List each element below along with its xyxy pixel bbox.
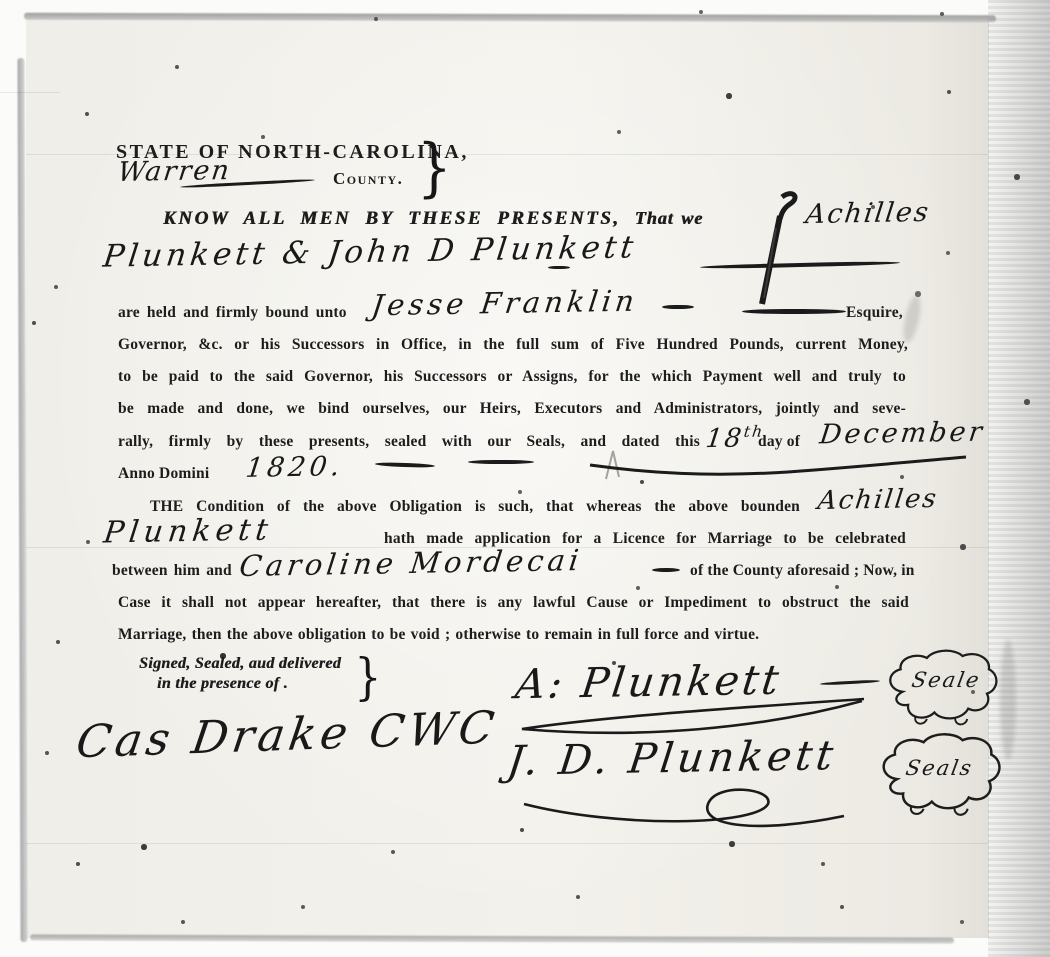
pen-dash-thick xyxy=(742,309,846,314)
esquire-label: Esquire, xyxy=(846,303,903,322)
pen-dash xyxy=(652,568,680,572)
know-all-men-text: KNOW ALL MEN BY THESE PRESENTS, xyxy=(163,208,620,229)
attest-line2: in the presence of . xyxy=(157,674,288,694)
scan-line xyxy=(0,92,60,93)
seal-1-word: Seale xyxy=(910,668,983,692)
aforesaid-line: of the County aforesaid ; Now, in xyxy=(690,561,915,580)
groom-last-name-handwritten: Plunkett xyxy=(102,513,275,551)
pen-dash xyxy=(468,460,534,464)
signature-jd-plunkett: J. D. Plunkett xyxy=(505,731,840,785)
groom-first-name-handwritten: Achilles xyxy=(816,484,940,516)
that-we-text: That we xyxy=(635,208,704,228)
anno-domini-label: Anno Domini xyxy=(118,464,209,483)
payment-line: to be paid to the said Governor, his Suc… xyxy=(118,367,906,386)
principal-name-handwritten: Achilles xyxy=(804,197,932,230)
year-handwritten: 1820. xyxy=(244,451,345,484)
scan-line xyxy=(26,843,988,844)
seal-2-word: Seals xyxy=(904,756,975,780)
header-curly-brace: } xyxy=(417,136,452,200)
opening-phrase: KNOW ALL MEN BY THESE PRESENTS, That we xyxy=(163,207,703,231)
governor-line: Governor, &c. or his Successors in Offic… xyxy=(118,335,908,354)
bound-unto-line: are held and firmly bound unto xyxy=(118,303,347,322)
bride-name-handwritten: Caroline Mordecai xyxy=(238,543,585,583)
obligee-name-handwritten: Jesse Franklin xyxy=(370,284,640,323)
ink-specks xyxy=(0,0,2,2)
scanned-marriage-bond-page: STATE OF NORTH-CAROLINA, Warren County. … xyxy=(0,0,1050,957)
case-line: Case it shall not appear hereafter, that… xyxy=(118,593,909,612)
between-him-label: between him and xyxy=(112,561,232,580)
pen-dash xyxy=(548,266,570,269)
pen-wave-flourish xyxy=(588,445,968,483)
bind-ourselves-line: be made and done, we bind ourselves, our… xyxy=(118,399,906,418)
county-label: County. xyxy=(333,168,403,189)
attest-line1: Signed, Sealed, aud delivered xyxy=(139,654,341,674)
pen-dash xyxy=(662,305,694,309)
signature-loop-flourish xyxy=(518,778,848,840)
attest-curly-brace: } xyxy=(354,652,381,702)
marriage-void-line: Marriage, then the above obligation to b… xyxy=(118,625,759,644)
quill-ink-mark xyxy=(752,188,807,310)
